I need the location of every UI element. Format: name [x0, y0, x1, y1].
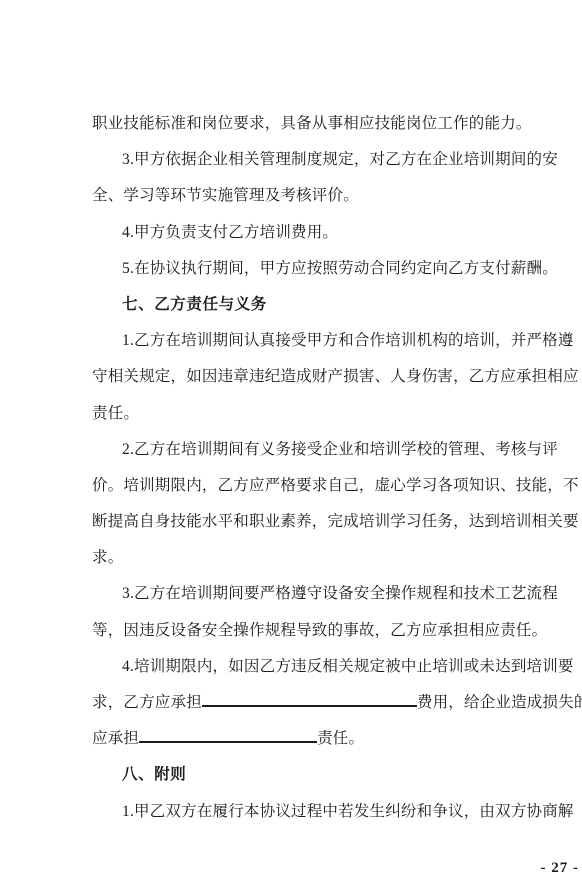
document-line: 3.乙方在培训期间要严格遵守设备安全操作规程和技术工艺流程	[92, 576, 582, 612]
document-line: 价。培训期限内，乙方应严格要求自己，虚心学习各项知识、技能，不	[92, 468, 582, 504]
blank-line-suffix: 费用，给企业造成损失的，	[417, 694, 582, 711]
document-line: 等，因违反设备安全操作规程导致的事故，乙方应承担相应责任。	[92, 613, 582, 649]
document-line: 1.乙方在培训期间认真接受甲方和合作培训机构的培训，并严格遵	[92, 323, 582, 359]
document-line: 守相关规定，如因违章违纪造成财产损害、人身伤害，乙方应承担相应	[92, 359, 582, 395]
document-line: 职业技能标准和岗位要求，具备从事相应技能岗位工作的能力。	[92, 106, 582, 142]
section-heading-eight: 八、附则	[92, 757, 582, 793]
document-line: 3.甲方依据企业相关管理制度规定，对乙方在企业培训期间的安	[92, 142, 582, 178]
page-number: - 27 -	[541, 860, 580, 877]
document-line: 4.培训期限内，如因乙方违反相关规定被中止培训或未达到培训要	[92, 649, 582, 685]
blank-line-prefix: 应承担	[92, 730, 139, 747]
fill-in-blank-liability	[139, 728, 317, 743]
document-line: 求。	[92, 540, 582, 576]
document-line: 应承担责任。	[92, 721, 582, 757]
fill-in-blank-fee	[202, 692, 417, 707]
document-line: 2.乙方在培训期间有义务接受企业和培训学校的管理、考核与评	[92, 432, 582, 468]
document-page: 职业技能标准和岗位要求，具备从事相应技能岗位工作的能力。 3.甲方依据企业相关管…	[0, 0, 582, 885]
document-line: 全、学习等环节实施管理及考核评价。	[92, 178, 582, 214]
document-line: 断提高自身技能水平和职业素养，完成培训学习任务，达到培训相关要	[92, 504, 582, 540]
section-heading-seven: 七、乙方责任与义务	[92, 287, 582, 323]
document-line: 求，乙方应承担费用，给企业造成损失的，	[92, 685, 582, 721]
document-body: 职业技能标准和岗位要求，具备从事相应技能岗位工作的能力。 3.甲方依据企业相关管…	[92, 106, 582, 830]
document-line: 4.甲方负责支付乙方培训费用。	[92, 215, 582, 251]
document-line: 1.甲乙双方在履行本协议过程中若发生纠纷和争议，由双方协商解	[92, 794, 582, 830]
document-line: 5.在协议执行期间，甲方应按照劳动合同约定向乙方支付薪酬。	[92, 251, 582, 287]
document-line: 责任。	[92, 396, 582, 432]
blank-line-suffix: 责任。	[317, 730, 364, 747]
blank-line-prefix: 求，乙方应承担	[92, 694, 202, 711]
